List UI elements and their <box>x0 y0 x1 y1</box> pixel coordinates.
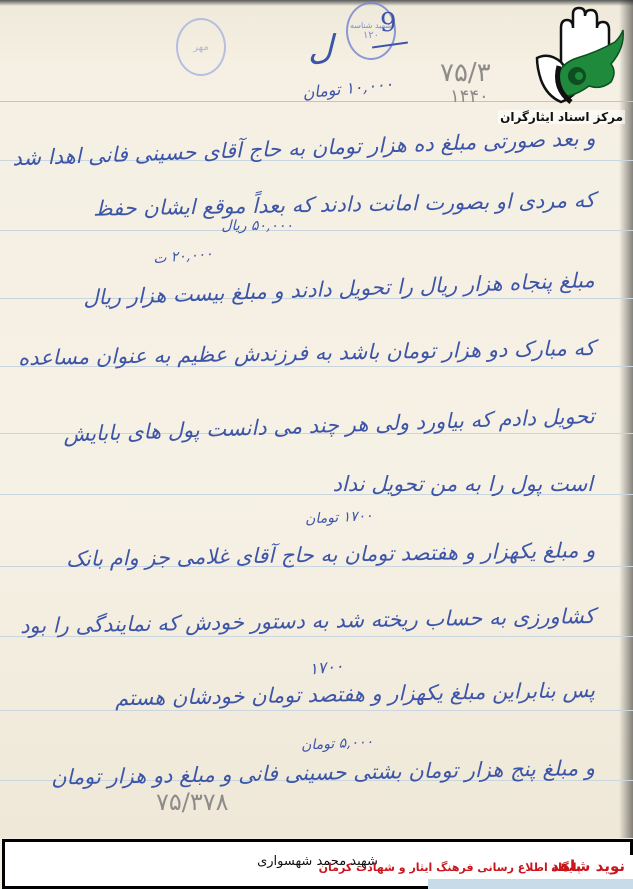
line-annotation: ۲۰,۰۰۰ ت <box>153 246 214 267</box>
letter-paper: مهر شهید شناسه ۱۲۰ ل 9 ۱۰,۰۰۰ تومان ۷۵/۳… <box>0 0 633 838</box>
archive-logo: مرکز اسناد ایثارگران <box>531 6 627 128</box>
faded-stamp: مهر <box>176 18 226 76</box>
portal-subtitle: پایگاه اطلاع رسانی فرهنگ ایثار و شهادت ک… <box>319 861 581 874</box>
hand-dove-icon <box>531 6 627 110</box>
line-annotation: ۱۷۰۰ <box>308 656 344 678</box>
line-annotation: ۵۰,۰۰۰ ریال <box>221 218 293 234</box>
letter-line: است پول را به من تحویل نداد <box>333 472 593 496</box>
pencil-reference: ۷۵/۳ <box>440 58 491 88</box>
letter-line: که مبارک دو هزار تومان باشد به فرزندش عظ… <box>18 336 595 370</box>
portal-watermark: نوید شاهد پایگاه اطلاع رسانی فرهنگ ایثار… <box>428 855 633 889</box>
letter-line: کشاورزی به حساب ریخته شد به دستور خودش ک… <box>20 604 595 638</box>
ruled-line <box>0 230 633 231</box>
letter-line: و بعد صورتی مبلغ ده هزار تومان به حاج آق… <box>12 126 596 170</box>
stamp-label: مهر <box>193 42 208 53</box>
letter-line: مبلغ پنجاه هزار ریال را تحویل دادند و مب… <box>83 268 595 310</box>
page-number: 9 <box>380 8 397 38</box>
letter-line: و مبلغ پنج هزار تومان بشتی حسینی فانی و … <box>51 756 595 789</box>
pencil-reference-secondary: ۱۴۴۰ <box>450 86 489 107</box>
stamp-number: ۱۲۰ <box>363 30 379 41</box>
letter-line: که مردی او بصورت امانت دادند که بعداً مو… <box>93 188 595 221</box>
line-annotation: ۵,۰۰۰ تومان <box>301 734 374 754</box>
archive-logo-caption: مرکز اسناد ایثارگران <box>498 110 625 124</box>
line-annotation: ۱۷۰۰ تومان <box>305 508 373 528</box>
header-letter: ل <box>308 28 333 68</box>
pencil-reference-footer: ۷۵/۳۷۸ <box>156 788 229 816</box>
ruled-line <box>0 710 633 711</box>
letter-line: تحویل دادم که بیاورد ولی هر چند می دانست… <box>63 404 595 447</box>
letter-line: پس بنابراین مبلغ یکهزار و هفتصد تومان خو… <box>115 678 595 710</box>
header-amount: ۱۰,۰۰۰ تومان <box>301 74 394 102</box>
